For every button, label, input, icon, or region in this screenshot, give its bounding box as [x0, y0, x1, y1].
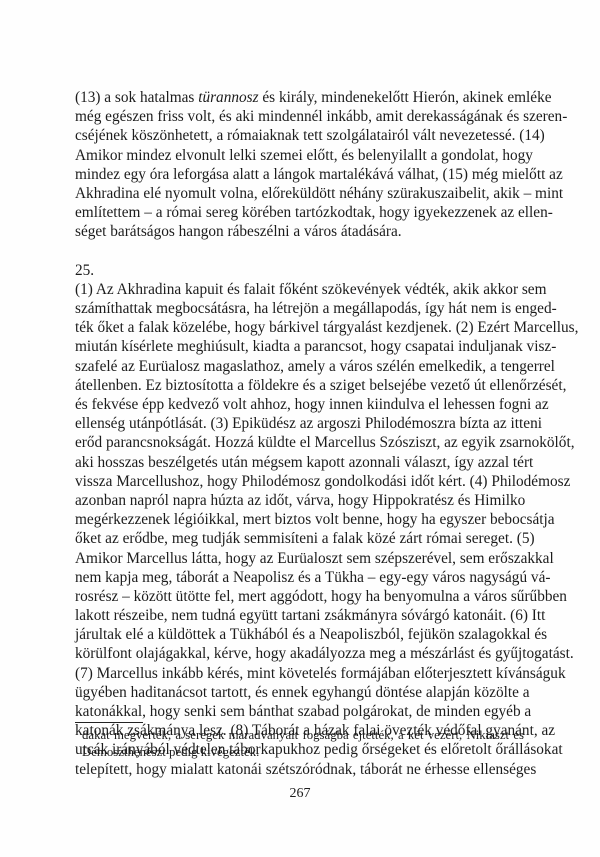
text-line: számíthattak megbocsátásra, ha létrejön …	[75, 299, 525, 318]
italic-term: türannosz	[198, 89, 258, 106]
text-span: és király, mindenekelőtt Hierón, akinek …	[259, 89, 552, 106]
text-line: ték őket a falak közelébe, hogy bárkivel…	[75, 318, 525, 337]
text-line: körülfont olajágakkal, kérve, hogy akadá…	[75, 644, 525, 663]
text-line: még egészen friss volt, és aki mindennél…	[75, 107, 525, 126]
footnote: dakat megverték, a seregek maradványait …	[82, 727, 524, 760]
text-line: mindez egy óra leforgása alatt a lángok …	[75, 165, 525, 184]
text-line: (13) a sok hatalmas türannosz és király,…	[75, 88, 525, 107]
text-line: nem kapja meg, táborát a Neapolisz és a …	[75, 568, 525, 587]
text-line: ügyében haditanácsot tartott, és ennek e…	[75, 683, 525, 702]
main-text: (13) a sok hatalmas türannosz és király,…	[75, 88, 525, 779]
text-line: lakott részeibe, nem tudná együtt tartan…	[75, 606, 525, 625]
text-line: vissza Marcellushoz, hogy Philodémosz go…	[75, 472, 525, 491]
text-line: azonban napról napra húzta az időt, várv…	[75, 491, 525, 510]
text-line: és fekvése épp kedvező volt ahhoz, hogy …	[75, 395, 525, 414]
text-line: katonákkal, hogy senki sem bánthat szaba…	[75, 702, 525, 721]
text-line: séget barátságos hangon rábeszélni a vár…	[75, 222, 525, 241]
text-line: járultak elé a küldöttek a Tükhából és a…	[75, 625, 525, 644]
text-line: Akhradina elé nyomult volna, előreküldöt…	[75, 184, 525, 203]
text-line: erőd parancsnokságát. Hozzá küldte el Ma…	[75, 433, 525, 452]
text-line: átellenben. Ez biztosította a földekre é…	[75, 376, 525, 395]
text-span: (13) a sok hatalmas	[75, 89, 198, 106]
text-line: rosrész – között ütötte fel, mert aggódo…	[75, 587, 525, 606]
text-line: (7) Marcellus inkább kérés, mint követel…	[75, 664, 525, 683]
text-line: aki hosszas beszélgetés után mégsem kapo…	[75, 453, 525, 472]
text-line: Amikor mindez elvonult lelki szemei előt…	[75, 146, 525, 165]
book-page: (13) a sok hatalmas türannosz és király,…	[0, 0, 600, 857]
footnote-line: dakat megverték, a seregek maradványait …	[82, 727, 524, 744]
footnote-line: Démoszthenészt pedig kivégezték.	[82, 744, 524, 761]
text-line: említettem – a római sereg körében tartó…	[75, 203, 525, 222]
text-line: Amikor Marcellus látta, hogy az Eurüalos…	[75, 549, 525, 568]
page-number: 267	[0, 786, 600, 802]
text-line: ellenség utánpótlását. (3) Epiküdész az …	[75, 414, 525, 433]
section-number: 25.	[75, 261, 525, 280]
footnote-rule	[75, 722, 143, 723]
paragraph-gap	[75, 242, 525, 261]
text-line: őket az erődbe, meg tudják semmisíteni a…	[75, 529, 525, 548]
text-line: telepített, hogy mialatt katonái szétszó…	[75, 760, 525, 779]
text-line: megérkezzenek légióikkal, mert biztos vo…	[75, 510, 525, 529]
text-line: miután kísérlete meghiúsult, kiadta a pa…	[75, 337, 525, 356]
text-line: (1) Az Akhradina kapuit és falait főként…	[75, 280, 525, 299]
text-line: cséjének köszönhetett, a rómaiaknak tett…	[75, 126, 525, 145]
text-line: szafelé az Eurüalosz magaslathoz, amely …	[75, 357, 525, 376]
